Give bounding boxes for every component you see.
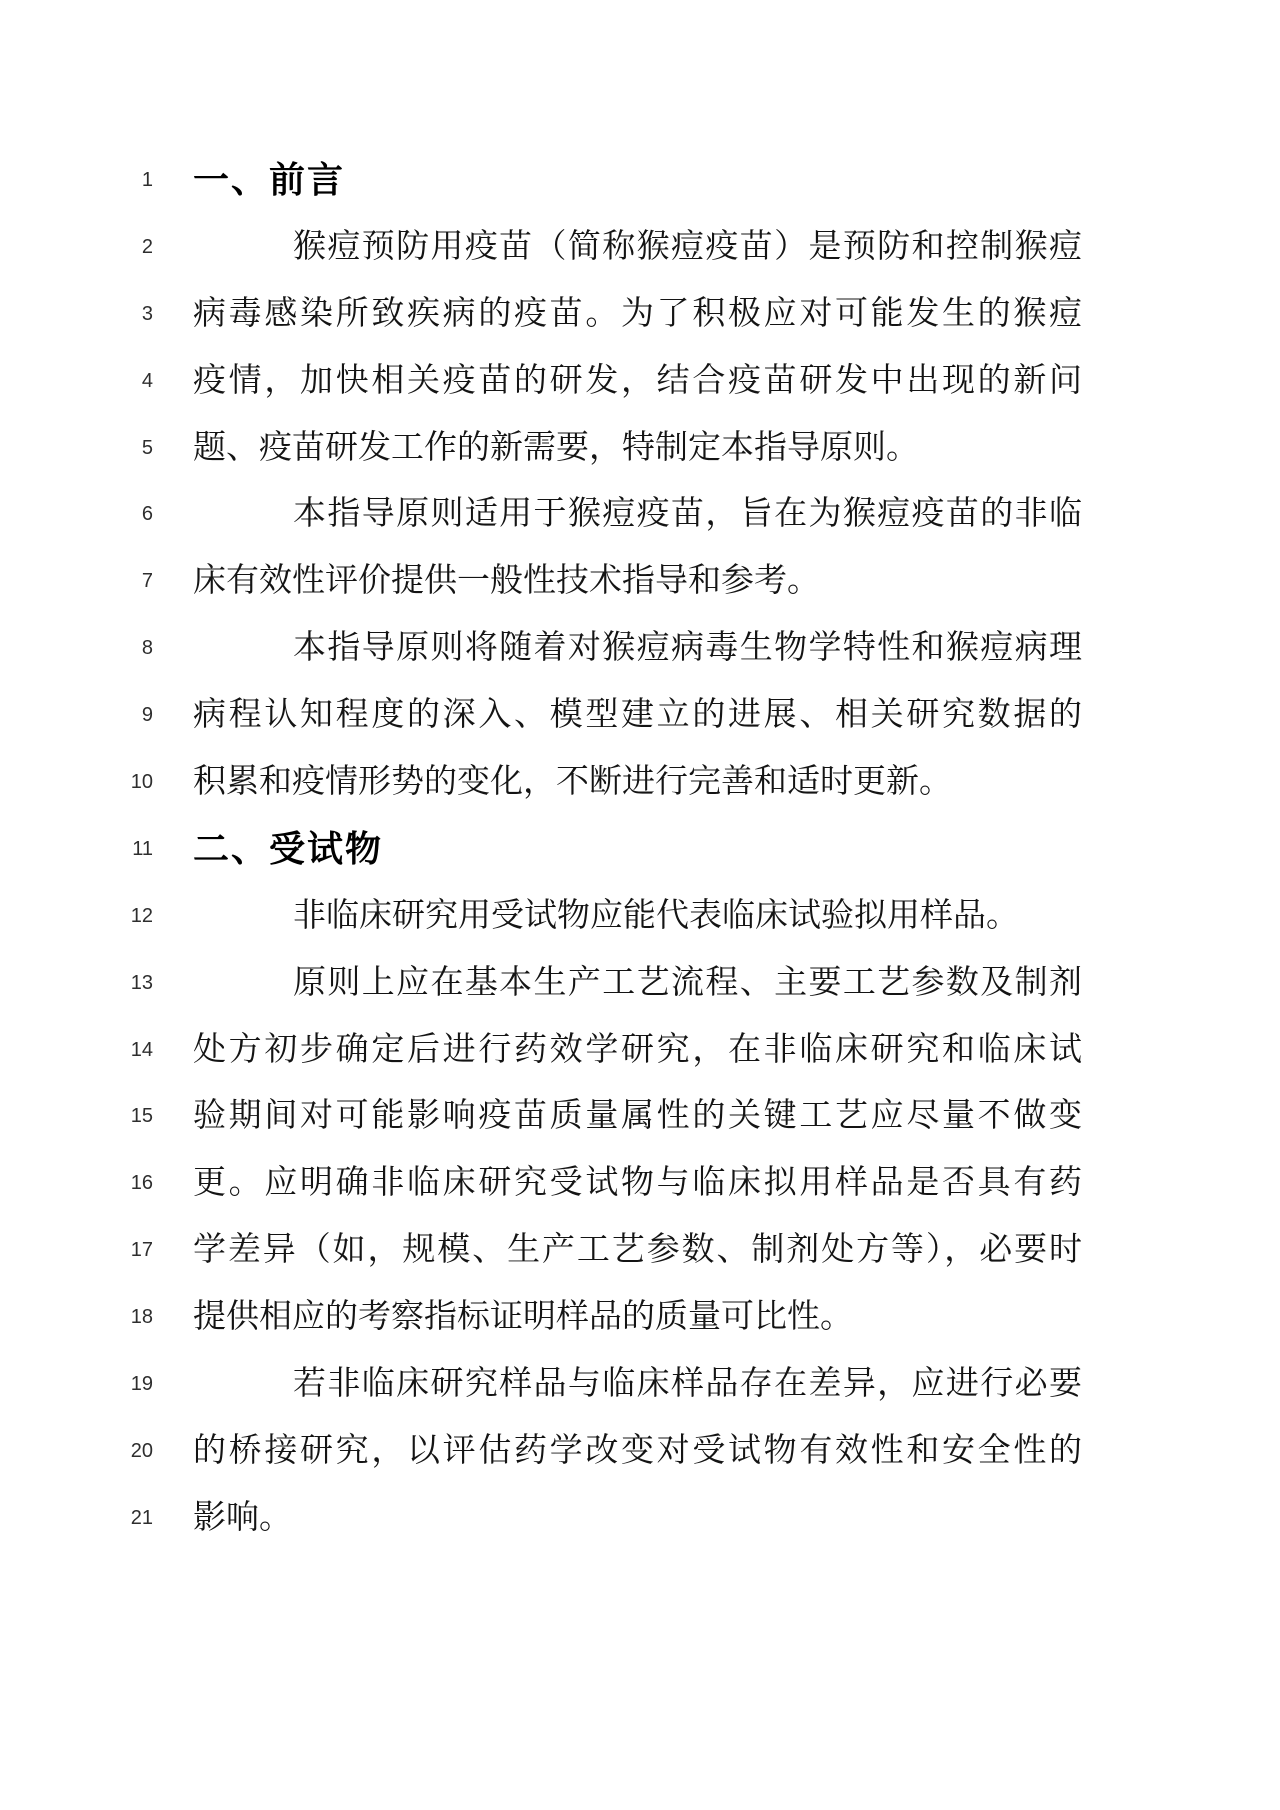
document-body-line: 3病毒感染所致疾病的疫苗。为了积极应对可能发生的猴痘 — [0, 281, 1280, 348]
heading-text: 二、受试物 — [193, 831, 1082, 867]
line-number: 18 — [0, 1306, 153, 1329]
document-body-line: 7床有效性评价提供一般性技术指导和参考。 — [0, 548, 1280, 615]
document-body-line: 13原则上应在基本生产工艺流程、主要工艺参数及制剂 — [0, 950, 1280, 1017]
line-number: 11 — [0, 838, 153, 861]
heading-text: 一、前言 — [193, 162, 1082, 198]
line-number: 13 — [0, 972, 153, 995]
line-number: 10 — [0, 771, 153, 794]
line-number: 4 — [0, 370, 153, 393]
document-body-line: 18提供相应的考察指标证明样品的质量可比性。 — [0, 1284, 1280, 1351]
document-body-line: 19若非临床研究样品与临床样品存在差异，应进行必要 — [0, 1351, 1280, 1418]
document-body-line: 20的桥接研究，以评估药学改变对受试物有效性和安全性的 — [0, 1418, 1280, 1485]
line-number: 15 — [0, 1105, 153, 1128]
document-heading-line: 11二、受试物 — [0, 816, 1280, 883]
line-number: 19 — [0, 1373, 153, 1396]
line-text: 更。应明确非临床研究受试物与临床拟用样品是否具有药 — [193, 1167, 1082, 1200]
line-text: 学差异（如，规模、生产工艺参数、制剂处方等），必要时 — [193, 1234, 1082, 1267]
line-number: 20 — [0, 1440, 153, 1463]
document-body-line: 6本指导原则适用于猴痘疫苗，旨在为猴痘疫苗的非临 — [0, 481, 1280, 548]
line-text: 处方初步确定后进行药效学研究，在非临床研究和临床试 — [193, 1034, 1082, 1067]
document-body-line: 16更。应明确非临床研究受试物与临床拟用样品是否具有药 — [0, 1150, 1280, 1217]
line-number: 16 — [0, 1172, 153, 1195]
document-body-line: 8本指导原则将随着对猴痘病毒生物学特性和猴痘病理 — [0, 615, 1280, 682]
line-text: 病毒感染所致疾病的疫苗。为了积极应对可能发生的猴痘 — [193, 298, 1082, 331]
document-body-line: 5题、疫苗研发工作的新需要，特制定本指导原则。 — [0, 415, 1280, 482]
document-body-line: 15验期间对可能影响疫苗质量属性的关键工艺应尽量不做变 — [0, 1083, 1280, 1150]
line-text: 若非临床研究样品与临床样品存在差异，应进行必要 — [193, 1368, 1082, 1401]
document-text-block: 1一、前言2猴痘预防用疫苗（简称猴痘疫苗）是预防和控制猴痘3病毒感染所致疾病的疫… — [0, 147, 1280, 1552]
line-number: 14 — [0, 1039, 153, 1062]
line-text: 疫情，加快相关疫苗的研发，结合疫苗研发中出现的新问 — [193, 365, 1082, 398]
line-number: 8 — [0, 637, 153, 660]
document-body-line: 2猴痘预防用疫苗（简称猴痘疫苗）是预防和控制猴痘 — [0, 214, 1280, 281]
document-body-line: 4疫情，加快相关疫苗的研发，结合疫苗研发中出现的新问 — [0, 348, 1280, 415]
line-text: 验期间对可能影响疫苗质量属性的关键工艺应尽量不做变 — [193, 1100, 1082, 1133]
document-body-line: 9病程认知程度的深入、模型建立的进展、相关研究数据的 — [0, 682, 1280, 749]
document-body-line: 10积累和疫情形势的变化，不断进行完善和适时更新。 — [0, 749, 1280, 816]
line-number: 1 — [0, 169, 153, 192]
line-number: 7 — [0, 570, 153, 593]
line-text: 提供相应的考察指标证明样品的质量可比性。 — [193, 1301, 1082, 1334]
line-text: 的桥接研究，以评估药学改变对受试物有效性和安全性的 — [193, 1435, 1082, 1468]
document-heading-line: 1一、前言 — [0, 147, 1280, 214]
document-body-line: 21影响。 — [0, 1485, 1280, 1552]
document-body-line: 14处方初步确定后进行药效学研究，在非临床研究和临床试 — [0, 1017, 1280, 1084]
line-number: 21 — [0, 1507, 153, 1530]
line-number: 12 — [0, 905, 153, 928]
document-page: 1一、前言2猴痘预防用疫苗（简称猴痘疫苗）是预防和控制猴痘3病毒感染所致疾病的疫… — [0, 0, 1280, 1810]
line-text: 题、疫苗研发工作的新需要，特制定本指导原则。 — [193, 432, 1082, 465]
document-body-line: 12非临床研究用受试物应能代表临床试验拟用样品。 — [0, 883, 1280, 950]
line-text: 原则上应在基本生产工艺流程、主要工艺参数及制剂 — [193, 967, 1082, 1000]
line-text: 床有效性评价提供一般性技术指导和参考。 — [193, 565, 1082, 598]
line-text: 猴痘预防用疫苗（简称猴痘疫苗）是预防和控制猴痘 — [193, 231, 1082, 264]
document-body-line: 17学差异（如，规模、生产工艺参数、制剂处方等），必要时 — [0, 1217, 1280, 1284]
line-text: 本指导原则适用于猴痘疫苗，旨在为猴痘疫苗的非临 — [193, 498, 1082, 531]
line-text: 本指导原则将随着对猴痘病毒生物学特性和猴痘病理 — [193, 632, 1082, 665]
line-text: 病程认知程度的深入、模型建立的进展、相关研究数据的 — [193, 699, 1082, 732]
line-text: 非临床研究用受试物应能代表临床试验拟用样品。 — [193, 900, 1082, 933]
line-number: 2 — [0, 236, 153, 259]
line-number: 3 — [0, 303, 153, 326]
line-text: 影响。 — [193, 1502, 1082, 1535]
line-text: 积累和疫情形势的变化，不断进行完善和适时更新。 — [193, 766, 1082, 799]
line-number: 9 — [0, 704, 153, 727]
line-number: 5 — [0, 437, 153, 460]
line-number: 6 — [0, 503, 153, 526]
line-number: 17 — [0, 1239, 153, 1262]
